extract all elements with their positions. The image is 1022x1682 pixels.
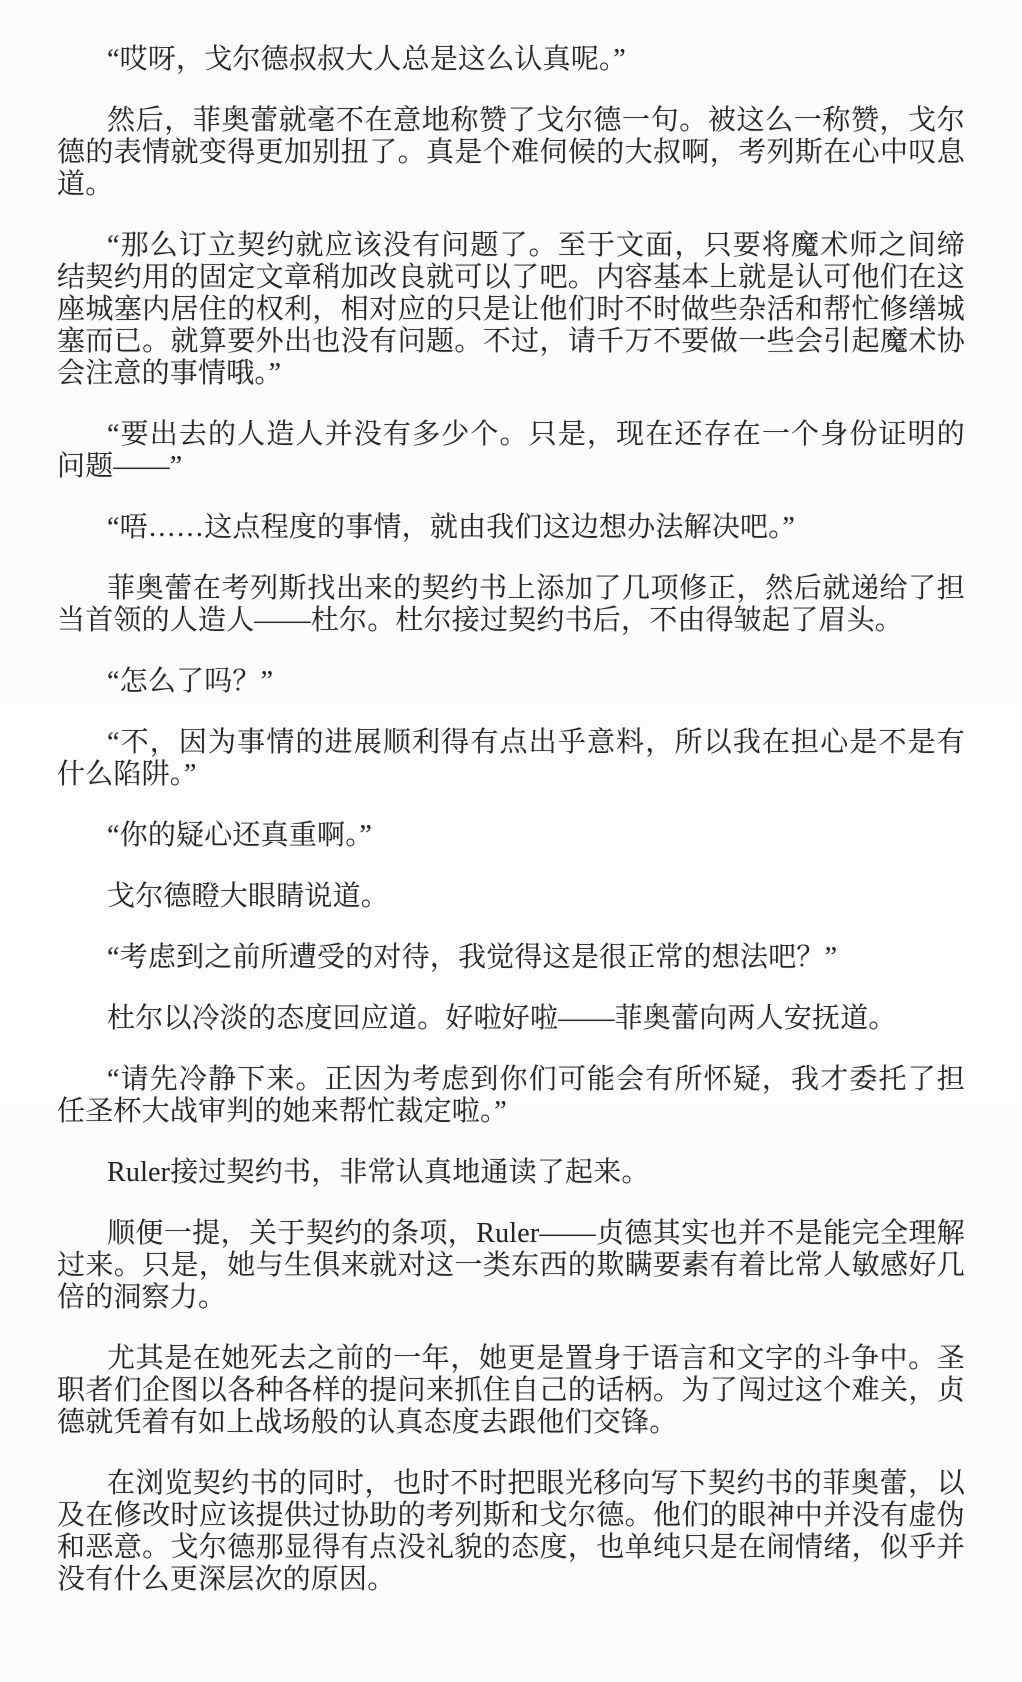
paragraph-narration: Ruler接过契约书，非常认真地通读了起来。 [57, 1157, 965, 1189]
ebook-page: “哎呀，戈尔德叔叔大人总是这么认真呢。” 然后，菲奥蕾就毫不在意地称赞了戈尔德一… [0, 0, 1022, 1682]
paragraph-dialogue: “哎呀，戈尔德叔叔大人总是这么认真呢。” [57, 44, 965, 76]
paragraph-narration: 然后，菲奥蕾就毫不在意地称赞了戈尔德一句。被这么一称赞，戈尔德的表情就变得更加别… [57, 105, 965, 201]
paragraph-narration: 戈尔德瞪大眼睛说道。 [57, 881, 965, 913]
paragraph-narration: 尤其是在她死去之前的一年，她更是置身于语言和文字的斗争中。圣职者们企图以各种各样… [57, 1343, 965, 1439]
paragraph-dialogue: “那么订立契约就应该没有问题了。至于文面，只要将魔术师之间缔结契约用的固定文章稍… [57, 230, 965, 390]
paragraph-narration: 在浏览契约书的同时，也时不时把眼光移向写下契约书的菲奥蕾，以及在修改时应该提供过… [57, 1468, 965, 1596]
paragraph-dialogue: “不，因为事情的进展顺利得有点出乎意料，所以我在担心是不是有什么陷阱。” [57, 727, 965, 791]
paragraph-dialogue: “要出去的人造人并没有多少个。只是，现在还存在一个身份证明的问题——” [57, 419, 965, 483]
paragraph-narration: 菲奥蕾在考列斯找出来的契约书上添加了几项修正，然后就递给了担当首领的人造人——杜… [57, 573, 965, 637]
paragraph-narration: 杜尔以冷淡的态度回应道。好啦好啦——菲奥蕾向两人安抚道。 [57, 1003, 965, 1035]
paragraph-dialogue: “怎么了吗？” [57, 666, 965, 698]
paragraph-dialogue: “考虑到之前所遭受的对待，我觉得这是很正常的想法吧？” [57, 942, 965, 974]
paragraph-dialogue: “你的疑心还真重啊。” [57, 820, 965, 852]
paragraph-dialogue: “请先冷静下来。正因为考虑到你们可能会有所怀疑，我才委托了担任圣杯大战审判的她来… [57, 1064, 965, 1128]
paragraph-narration: 顺便一提，关于契约的条项，Ruler——贞德其实也并不是能完全理解过来。只是，她… [57, 1218, 965, 1314]
paragraph-dialogue: “唔……这点程度的事情，就由我们这边想办法解决吧。” [57, 512, 965, 544]
